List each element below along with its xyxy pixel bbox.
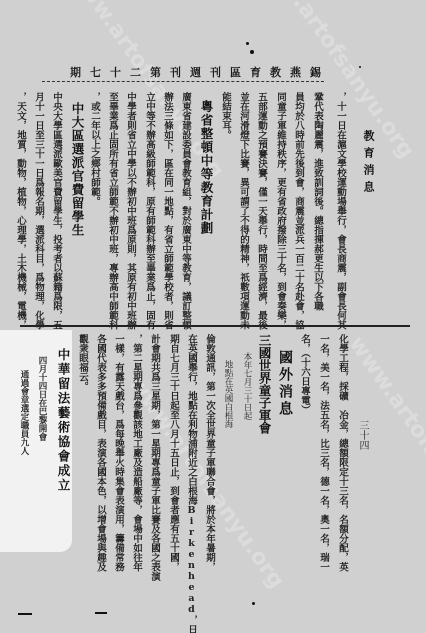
text-column: ，或二年以上之鄉村師範。 xyxy=(88,92,101,206)
article-date-line: 四月十四日在巴黎開會 xyxy=(36,356,48,441)
article-date-line: 本年七月三十日起 xyxy=(241,352,253,420)
text-column: 在英國舉行，地點在利物浦附近之白根海Birkenhead，日 xyxy=(185,334,198,633)
text-column: 各國代表多多預備戲目，表演各國本色，以增會場與趣及 xyxy=(94,334,107,572)
article-title-art-association: 中華留法藝術協會成立 xyxy=(54,348,72,493)
scan-speck xyxy=(246,42,249,45)
article-result-line: 通過會章選定職員九人 xyxy=(18,370,30,455)
text-column: 至畢業爲止固所有省立師範不辦初中班，專辦高中師範科 xyxy=(106,92,119,330)
scanned-page: www.artofsanyu.org www.artofsanyu.org ww… xyxy=(0,0,426,633)
text-column: 立中等不辦高級師範科，原有師範科辦至畢業爲止，固有 xyxy=(143,92,156,330)
text-column: 一名，美一名，法五名，比三名，德一名，奧一名，瑞一 xyxy=(317,334,330,572)
scan-speck xyxy=(18,613,32,615)
text-column: 一樣，有露天戲台，爲每晚舉火時集會表演用，籌備常務 xyxy=(112,334,125,572)
text-column: 五部運動之預賽決賽，僅一天舉行，時間至爲經濟，最後 xyxy=(255,92,268,330)
page-number: 三十四 xyxy=(355,420,370,450)
article-location-line: 地點在英國白根海 xyxy=(222,360,234,428)
article-title-scout-jamboree: 三國世界童子軍會 xyxy=(255,334,273,434)
text-column: 同童子軍維持秩序，更有省政府撥除三十名，到會奏樂， xyxy=(274,92,287,330)
scan-speck xyxy=(95,612,107,614)
section-divider xyxy=(20,325,410,327)
text-column: 能結束耳。 xyxy=(219,92,232,140)
text-column: ，第二星期專爲參觀該地工廠及造船廠等，會場中如往年 xyxy=(130,334,143,572)
scan-speck xyxy=(250,50,254,54)
text-column: 中學者則省立中學以不辦初中班爲原則，其原有初中班辦 xyxy=(124,92,137,330)
text-column: 期自七月三十日起至八月十五日止，到會者應有五十國， xyxy=(167,334,180,572)
article-title-central-univ: 中大區選派官費留學生 xyxy=(68,102,86,237)
section-label: 教育消息 xyxy=(360,130,376,198)
section-title-foreign-news: 國外消息 xyxy=(275,350,295,418)
text-column: ，十一日在滬文學校運動場舉行，會長商震，副會長何其 xyxy=(334,92,347,330)
text-column: 名，（十六日專電） xyxy=(298,334,311,415)
text-column: 化學工程，採礦 冶金，總額限定十三名，名額分配，英 xyxy=(336,334,349,572)
text-column: ，天文，地質，動物，植物，心理學，土木機械，電機， xyxy=(14,92,27,330)
running-head-title: 錫燕教育區刊週刊第二十七期 xyxy=(70,64,330,80)
scan-speck xyxy=(252,602,255,605)
header-rule xyxy=(42,81,324,82)
text-column: 鞏代表陶麗震，進致訓詞後。總指揮郝更生以下各職 xyxy=(311,92,324,311)
text-column: 辦法三條如下，區在同一地點，有省立師範學校者，則省 xyxy=(161,92,174,330)
text-column: 倫敦通訊，第一次全世界童子軍聯合會，將於本年暑期， xyxy=(203,334,216,572)
text-column: 計會期共爲三星期，第一星期專爲童子軍比賽及各國之表演 xyxy=(148,334,161,581)
text-column: 中央大學區選派歐美官費留學生，投考者以蘇籍爲限，五 xyxy=(50,92,63,330)
text-column: 觀衆眼福云。 xyxy=(76,334,89,391)
text-column: 員均於八時前先後到會，商震並派兵一百二十名赴會，協 xyxy=(292,92,305,330)
text-column: 廣東省建設委員會教育組，對於廣東中等教育，議訂整頓 xyxy=(179,92,192,330)
text-column: 月十一日至三十一日爲報名期，選派科目，爲物理，化學 xyxy=(32,92,45,330)
scan-speck xyxy=(359,66,361,68)
article-title-guangdong: 粵省整頓中等教育計劃 xyxy=(197,100,215,235)
text-column: 並在河滑燈下比賽，異可謂了不得的精神，祇數項運動未 xyxy=(237,92,250,330)
running-head-text: 錫燕教育區刊週刊第二十七期 xyxy=(70,64,330,80)
